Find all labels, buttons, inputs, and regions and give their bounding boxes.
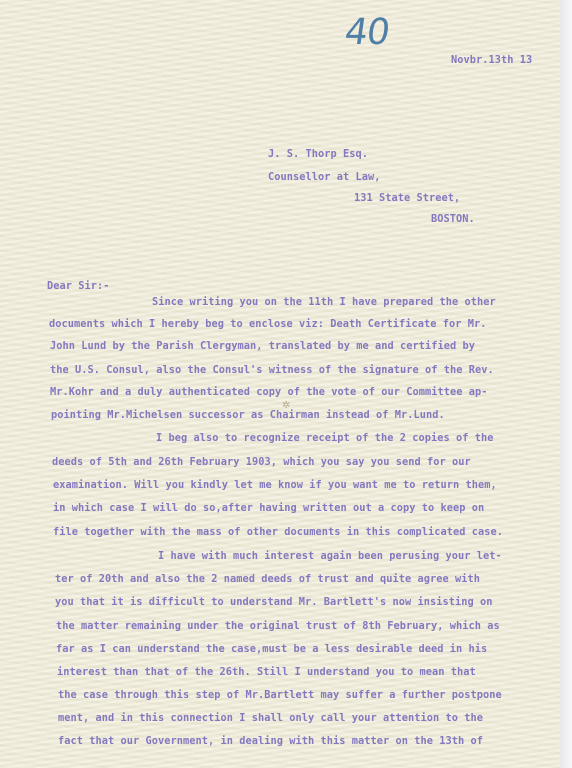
body-line: I beg also to recognize receipt of the 2… [156,432,493,444]
body-line: Since writing you on the 11th I have pre… [152,296,496,308]
body-line: the matter remaining under the original … [56,620,500,632]
letter-page: 40 Novbr.13th 13 J. S. Thorp Esq. Counse… [0,0,560,768]
body-line: file together with the mass of other doc… [53,526,503,538]
recipient-name: J. S. Thorp Esq. [268,148,368,160]
body-line: in which case I will do so,after having … [53,502,484,514]
body-line: ment, and in this connection I shall onl… [58,712,483,724]
body-line: far as I can understand the case,must be… [56,643,487,655]
body-line: John Lund by the Parish Clergyman, trans… [50,340,475,352]
body-line: interest than that of the 26th. Still I … [57,666,476,678]
body-line: I have with much interest again been per… [158,550,502,562]
body-line: ter of 20th and also the 2 named deeds o… [55,573,480,585]
scan-margin [560,0,572,768]
salutation: Dear Sir:- [47,280,110,292]
ink-blot: ✲ [282,400,290,411]
recipient-street: 131 State Street, [354,192,460,204]
recipient-title: Counsellor at Law, [268,171,381,183]
body-line: deeds of 5th and 26th February 1903, whi… [52,456,471,468]
letter-date: Novbr.13th 13 [451,54,532,66]
body-line: the case through this step of Mr.Bartlet… [58,689,502,701]
body-line: pointing Mr.Michelsen successor as Chair… [51,409,445,421]
body-line: the U.S. Consul, also the Consul's witne… [50,364,494,376]
body-line: documents which I hereby beg to enclose … [49,318,486,330]
recipient-city: BOSTON. [431,213,475,225]
handwritten-page-number: 40 [342,12,392,53]
body-line: examination. Will you kindly let me know… [53,479,497,491]
body-line: fact that our Government, in dealing wit… [58,735,483,747]
body-line: you that it is difficult to understand M… [55,596,492,608]
body-line: Mr.Kohr and a duly authenticated copy of… [50,386,487,398]
